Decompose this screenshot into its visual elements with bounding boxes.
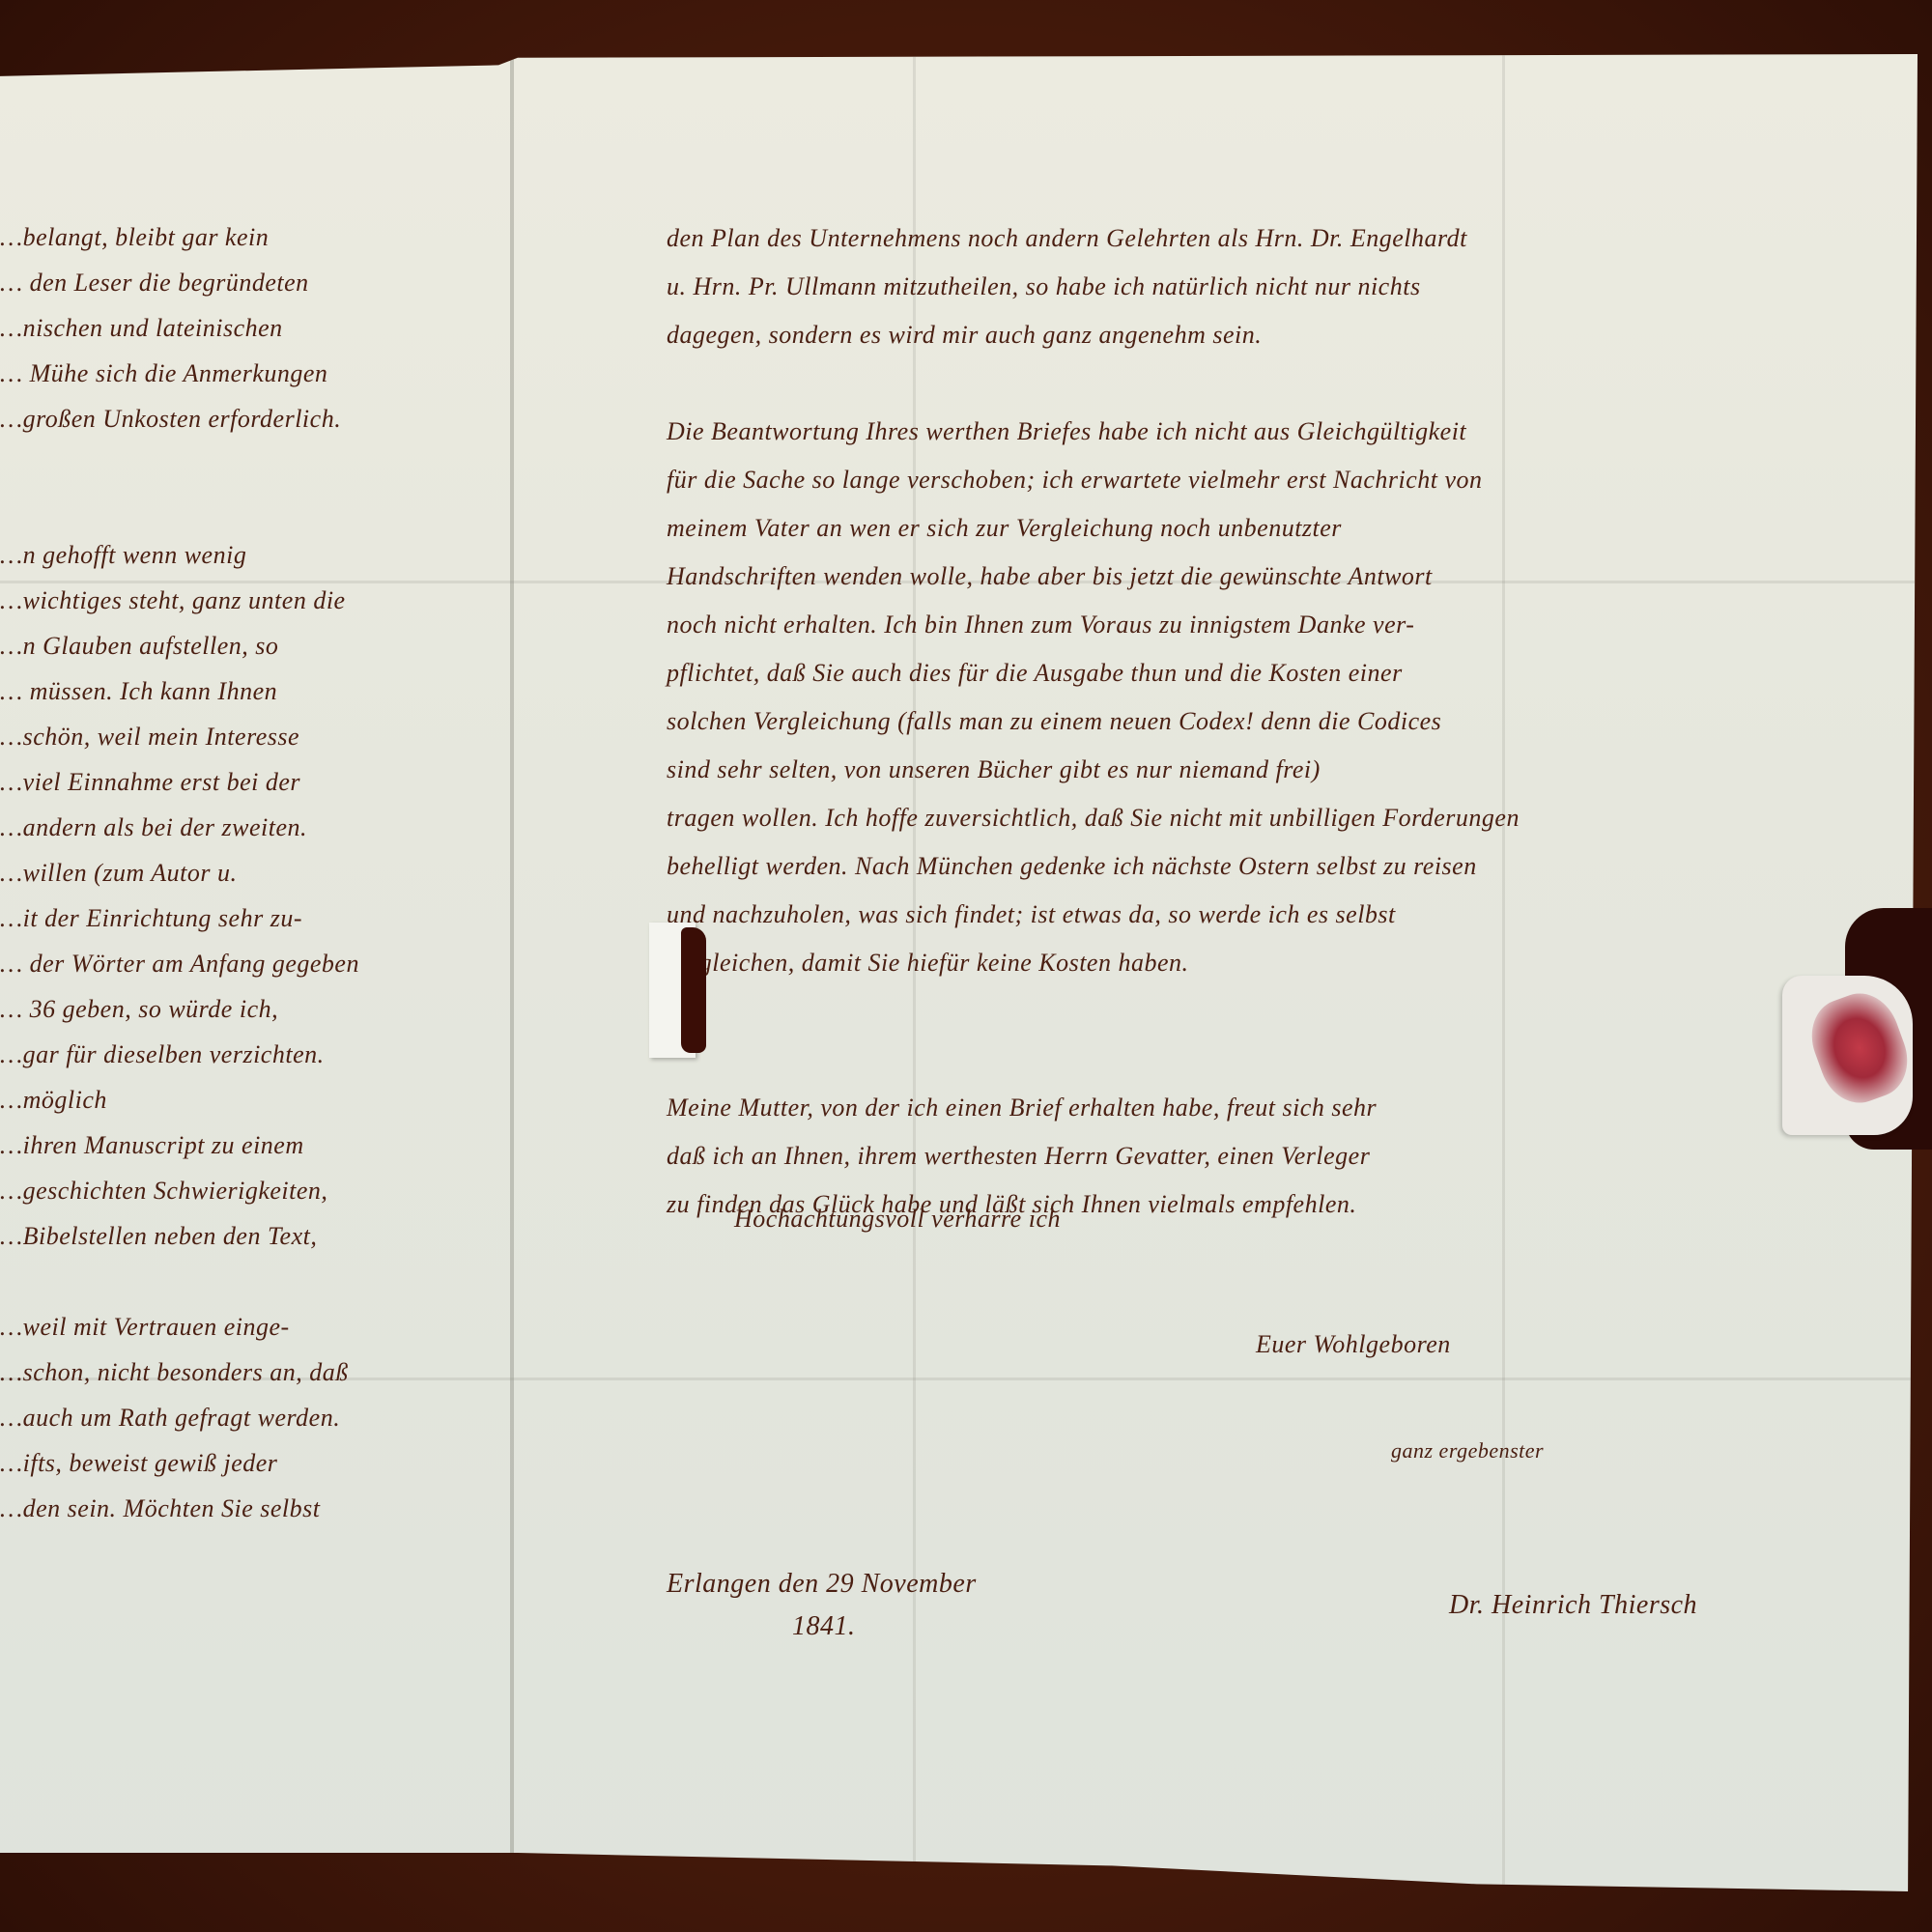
handwritten-line: …schön, weil mein Interesse bbox=[0, 714, 359, 759]
handwritten-line: u. Hrn. Pr. Ullmann mitzutheilen, so hab… bbox=[667, 263, 1520, 311]
handwritten-line: tragen wollen. Ich hoffe zuversichtlich,… bbox=[667, 794, 1520, 842]
handwritten-line: dagegen, sondern es wird mir auch ganz a… bbox=[667, 311, 1520, 359]
signature: Dr. Heinrich Thiersch bbox=[1449, 1584, 1697, 1627]
handwritten-line: … 36 geben, so würde ich, bbox=[0, 986, 359, 1032]
handwritten-line: vergleichen, damit Sie hiefür keine Kost… bbox=[667, 939, 1520, 987]
page-divider-fold bbox=[510, 54, 514, 1891]
handwritten-line: den Plan des Unternehmens noch andern Ge… bbox=[667, 214, 1520, 263]
handwritten-line: …weil mit Vertrauen einge- bbox=[0, 1304, 359, 1350]
handwritten-line: …geschichten Schwierigkeiten, bbox=[0, 1168, 359, 1213]
dateline-place-date: Erlangen den 29 November bbox=[667, 1560, 977, 1603]
closing-valediction: ganz ergebenster bbox=[1391, 1430, 1544, 1472]
wax-seal-remnant-icon bbox=[681, 927, 706, 1053]
handwritten-line: …nischen und lateinischen bbox=[0, 305, 359, 351]
handwritten-line: … der Wörter am Anfang gegeben bbox=[0, 941, 359, 986]
handwritten-line: … müssen. Ich kann Ihnen bbox=[0, 668, 359, 714]
handwritten-line bbox=[0, 441, 359, 487]
handwritten-line: Meine Mutter, von der ich einen Brief er… bbox=[667, 1084, 1520, 1132]
right-page-text: den Plan des Unternehmens noch andern Ge… bbox=[667, 214, 1520, 1229]
dateline-year: 1841. bbox=[667, 1603, 977, 1651]
handwritten-line: …wichtiges steht, ganz unten die bbox=[0, 578, 359, 623]
handwritten-line: …großen Unkosten erforderlich. bbox=[0, 396, 359, 441]
dateline: Erlangen den 29 November 1841. bbox=[667, 1560, 977, 1651]
handwritten-line: …willen (zum Autor u. bbox=[0, 850, 359, 895]
handwritten-line: solchen Vergleichung (falls man zu einem… bbox=[667, 697, 1520, 746]
handwritten-line: Die Beantwortung Ihres werthen Briefes h… bbox=[667, 408, 1520, 456]
handwritten-line: für die Sache so lange verschoben; ich e… bbox=[667, 456, 1520, 504]
handwritten-line: noch nicht erhalten. Ich bin Ihnen zum V… bbox=[667, 601, 1520, 649]
handwritten-line: …auch um Rath gefragt werden. bbox=[0, 1395, 359, 1440]
handwritten-line: … Mühe sich die Anmerkungen bbox=[0, 351, 359, 396]
handwritten-line: …viel Einnahme erst bei der bbox=[0, 759, 359, 805]
handwritten-line: behelligt werden. Nach München gedenke i… bbox=[667, 842, 1520, 891]
paragraph-gap bbox=[667, 987, 1520, 1036]
handwritten-line: …n Glauben aufstellen, so bbox=[0, 623, 359, 668]
handwritten-line: meinem Vater an wen er sich zur Vergleic… bbox=[667, 504, 1520, 553]
closing-address: Euer Wohlgeboren bbox=[1256, 1323, 1451, 1366]
handwritten-line: und nachzuholen, was sich findet; ist et… bbox=[667, 891, 1520, 939]
handwritten-line: …schon, nicht besonders an, daß bbox=[0, 1350, 359, 1395]
handwritten-line: …ihren Manuscript zu einem bbox=[0, 1122, 359, 1168]
left-page-text: …belangt, bleibt gar kein… den Leser die… bbox=[0, 214, 359, 1531]
paragraph-gap bbox=[667, 1036, 1520, 1084]
handwritten-line: …ifts, beweist gewiß jeder bbox=[0, 1440, 359, 1486]
handwritten-line: …andern als bei der zweiten. bbox=[0, 805, 359, 850]
handwritten-line: …möglich bbox=[0, 1077, 359, 1122]
handwritten-line: Handschriften wenden wolle, habe aber bi… bbox=[667, 553, 1520, 601]
handwritten-line: …Bibelstellen neben den Text, bbox=[0, 1213, 359, 1259]
handwritten-line: daß ich an Ihnen, ihrem werthesten Herrn… bbox=[667, 1132, 1520, 1180]
handwritten-line: …gar für dieselben verzichten. bbox=[0, 1032, 359, 1077]
handwritten-line: …it der Einrichtung sehr zu- bbox=[0, 895, 359, 941]
handwritten-line: pflichtet, daß Sie auch dies für die Aus… bbox=[667, 649, 1520, 697]
closing-salutation: Hochachtungsvoll verharre ich bbox=[734, 1198, 1061, 1240]
handwritten-line bbox=[0, 1259, 359, 1304]
handwritten-line: …n gehofft wenn wenig bbox=[0, 532, 359, 578]
handwritten-line: …den sein. Möchten Sie selbst bbox=[0, 1486, 359, 1531]
handwritten-line: …belangt, bleibt gar kein bbox=[0, 214, 359, 260]
paragraph-gap bbox=[667, 359, 1520, 408]
handwritten-line: sind sehr selten, von unseren Bücher gib… bbox=[667, 746, 1520, 794]
handwritten-line bbox=[0, 487, 359, 532]
handwritten-line: … den Leser die begründeten bbox=[0, 260, 359, 305]
